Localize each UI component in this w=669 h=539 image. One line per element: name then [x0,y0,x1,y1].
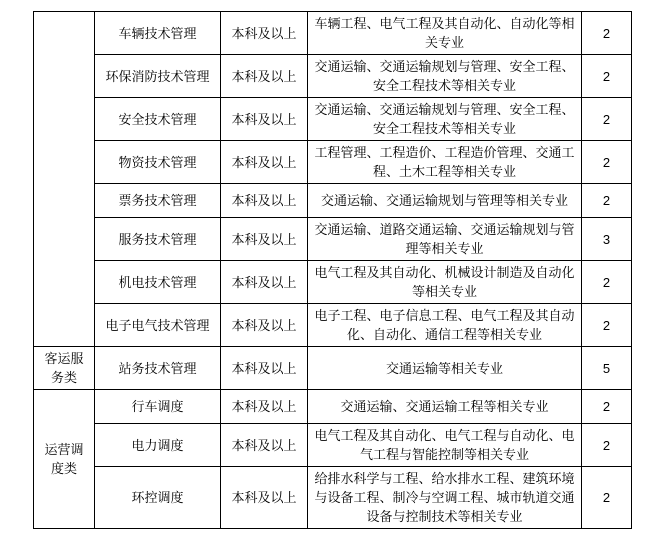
document-page: 车辆技术管理本科及以上车辆工程、电气工程及其自动化、自动化等相关专业2环保消防技… [33,11,632,529]
majors-cell: 交通运输、交通运输规划与管理等相关专业 [308,184,582,218]
count-cell: 5 [582,347,632,390]
count-cell: 2 [582,261,632,304]
table-row: 电子电气技术管理本科及以上电子工程、电子信息工程、电气工程及其自动化、自动化、通… [34,304,632,347]
position-cell: 机电技术管理 [95,261,221,304]
education-cell: 本科及以上 [221,347,308,390]
position-cell: 票务技术管理 [95,184,221,218]
education-cell: 本科及以上 [221,12,308,55]
education-cell: 本科及以上 [221,261,308,304]
count-cell: 2 [582,467,632,529]
table-row: 安全技术管理本科及以上交通运输、交通运输规划与管理、安全工程、安全工程技术等相关… [34,98,632,141]
majors-cell: 交通运输等相关专业 [308,347,582,390]
category-cell [34,12,95,347]
table-row: 运营调度类行车调度本科及以上交通运输、交通运输工程等相关专业2 [34,390,632,424]
education-cell: 本科及以上 [221,467,308,529]
majors-cell: 电气工程及其自动化、电气工程与自动化、电气工程与智能控制等相关专业 [308,424,582,467]
majors-cell: 交通运输、道路交通运输、交通运输规划与管理等相关专业 [308,218,582,261]
majors-cell: 交通运输、交通运输工程等相关专业 [308,390,582,424]
position-cell: 环控调度 [95,467,221,529]
job-table-body: 车辆技术管理本科及以上车辆工程、电气工程及其自动化、自动化等相关专业2环保消防技… [34,12,632,529]
education-cell: 本科及以上 [221,390,308,424]
position-cell: 服务技术管理 [95,218,221,261]
table-row: 服务技术管理本科及以上交通运输、道路交通运输、交通运输规划与管理等相关专业3 [34,218,632,261]
count-cell: 2 [582,424,632,467]
education-cell: 本科及以上 [221,424,308,467]
count-cell: 2 [582,304,632,347]
table-row: 电力调度本科及以上电气工程及其自动化、电气工程与自动化、电气工程与智能控制等相关… [34,424,632,467]
education-cell: 本科及以上 [221,98,308,141]
majors-cell: 车辆工程、电气工程及其自动化、自动化等相关专业 [308,12,582,55]
position-cell: 电力调度 [95,424,221,467]
table-row: 票务技术管理本科及以上交通运输、交通运输规划与管理等相关专业2 [34,184,632,218]
education-cell: 本科及以上 [221,141,308,184]
position-cell: 站务技术管理 [95,347,221,390]
table-row: 机电技术管理本科及以上电气工程及其自动化、机械设计制造及自动化等相关专业2 [34,261,632,304]
position-cell: 电子电气技术管理 [95,304,221,347]
position-cell: 安全技术管理 [95,98,221,141]
count-cell: 3 [582,218,632,261]
count-cell: 2 [582,98,632,141]
count-cell: 2 [582,12,632,55]
education-cell: 本科及以上 [221,218,308,261]
position-cell: 车辆技术管理 [95,12,221,55]
count-cell: 2 [582,390,632,424]
position-cell: 环保消防技术管理 [95,55,221,98]
count-cell: 2 [582,55,632,98]
table-row: 车辆技术管理本科及以上车辆工程、电气工程及其自动化、自动化等相关专业2 [34,12,632,55]
job-positions-table: 车辆技术管理本科及以上车辆工程、电气工程及其自动化、自动化等相关专业2环保消防技… [33,11,632,529]
majors-cell: 电子工程、电子信息工程、电气工程及其自动化、自动化、通信工程等相关专业 [308,304,582,347]
education-cell: 本科及以上 [221,55,308,98]
majors-cell: 给排水科学与工程、给水排水工程、建筑环境与设备工程、制冷与空调工程、城市轨道交通… [308,467,582,529]
position-cell: 行车调度 [95,390,221,424]
category-cell: 客运服务类 [34,347,95,390]
education-cell: 本科及以上 [221,184,308,218]
majors-cell: 工程管理、工程造价、工程造价管理、交通工程、土木工程等相关专业 [308,141,582,184]
majors-cell: 交通运输、交通运输规划与管理、安全工程、安全工程技术等相关专业 [308,55,582,98]
majors-cell: 交通运输、交通运输规划与管理、安全工程、安全工程技术等相关专业 [308,98,582,141]
table-row: 环控调度本科及以上给排水科学与工程、给水排水工程、建筑环境与设备工程、制冷与空调… [34,467,632,529]
education-cell: 本科及以上 [221,304,308,347]
position-cell: 物资技术管理 [95,141,221,184]
category-cell: 运营调度类 [34,390,95,529]
count-cell: 2 [582,141,632,184]
table-row: 物资技术管理本科及以上工程管理、工程造价、工程造价管理、交通工程、土木工程等相关… [34,141,632,184]
majors-cell: 电气工程及其自动化、机械设计制造及自动化等相关专业 [308,261,582,304]
count-cell: 2 [582,184,632,218]
table-row: 客运服务类站务技术管理本科及以上交通运输等相关专业5 [34,347,632,390]
table-row: 环保消防技术管理本科及以上交通运输、交通运输规划与管理、安全工程、安全工程技术等… [34,55,632,98]
